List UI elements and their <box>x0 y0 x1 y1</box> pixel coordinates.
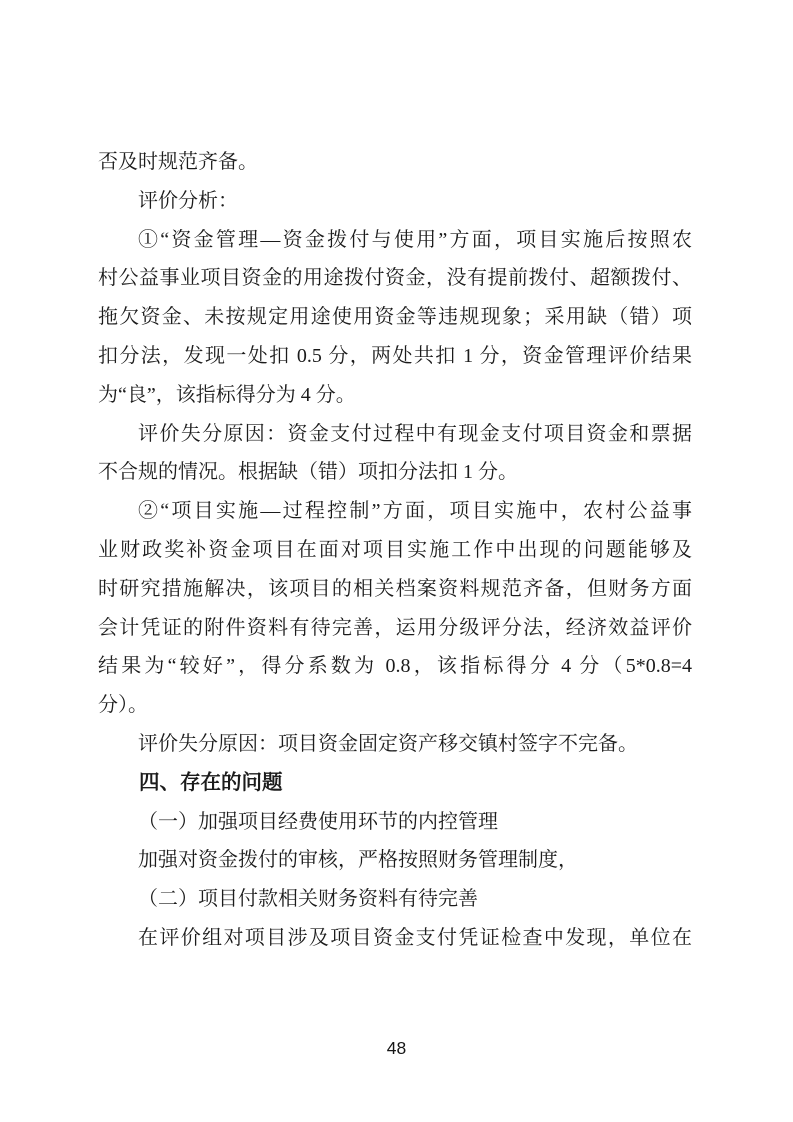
body-text-line: 村公益事业项目资金的用途拨付资金，没有提前拨付、超额拨付、 <box>98 259 692 298</box>
subsection-heading: （一）加强项目经费使用环节的内控管理 <box>98 803 692 842</box>
body-text-line: 扣分法，发现一处扣 0.5 分，两处共扣 1 分，资金管理评价结果 <box>98 337 692 376</box>
body-text-line: ②“项目实施—过程控制”方面，项目实施中，农村公益事 <box>98 492 692 531</box>
body-text-line: 评价分析： <box>98 182 692 221</box>
page-number: 48 <box>0 1038 793 1059</box>
body-text-line: 不合规的情况。根据缺（错）项扣分法扣 1 分。 <box>98 453 692 492</box>
body-text-line: 业财政奖补资金项目在面对项目实施工作中出现的问题能够及 <box>98 531 692 570</box>
body-text-line: 会计凭证的附件资料有待完善，运用分级评分法，经济效益评价 <box>98 609 692 648</box>
body-text-line: ①“资金管理—资金拨付与使用”方面，项目实施后按照农 <box>98 221 692 260</box>
body-text-line: 否及时规范齐备。 <box>98 143 692 182</box>
subsection-heading: （二）项目付款相关财务资料有待完善 <box>98 880 692 919</box>
body-text-line: 在评价组对项目涉及项目资金支付凭证检查中发现，单位在 <box>98 919 692 958</box>
body-text-line: 评价失分原因：项目资金固定资产移交镇村签字不完备。 <box>98 725 692 764</box>
document-page: 否及时规范齐备。 评价分析： ①“资金管理—资金拨付与使用”方面，项目实施后按照… <box>0 0 793 1122</box>
body-text-line: 结果为“较好”，得分系数为 0.8，该指标得分 4 分（5*0.8=4 <box>98 647 692 686</box>
text-block: 否及时规范齐备。 评价分析： ①“资金管理—资金拨付与使用”方面，项目实施后按照… <box>98 143 692 958</box>
body-text-line: 分）。 <box>98 686 692 725</box>
body-text-line: 拖欠资金、未按规定用途使用资金等违规现象；采用缺（错）项 <box>98 298 692 337</box>
body-text-line: 加强对资金拨付的审核，严格按照财务管理制度， <box>98 841 692 880</box>
body-text-line: 时研究措施解决，该项目的相关档案资料规范齐备，但财务方面 <box>98 570 692 609</box>
body-text-line: 评价失分原因：资金支付过程中有现金支付项目资金和票据 <box>98 415 692 454</box>
body-text-line: 为“良”，该指标得分为 4 分。 <box>98 376 692 415</box>
section-heading: 四、存在的问题 <box>98 764 692 803</box>
